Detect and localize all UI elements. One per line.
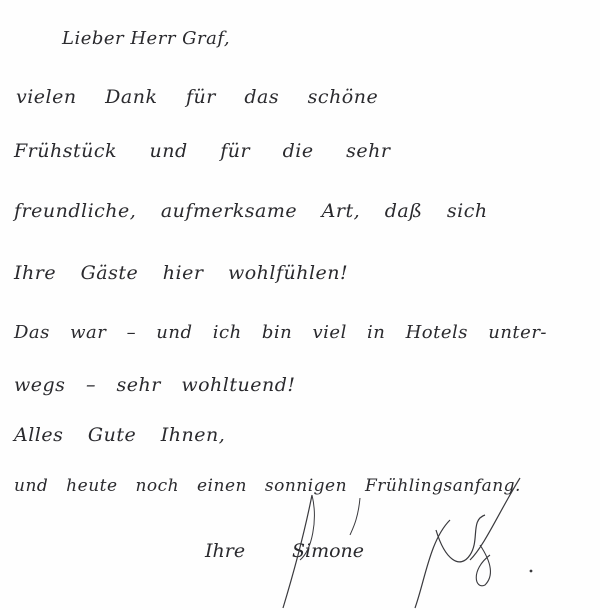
letter-line-6: wegs – sehr wohltuend! xyxy=(14,374,296,396)
letter-line-5: Das war – und ich bin viel in Hotels unt… xyxy=(14,322,547,343)
letter-line-1: vielen Dank für das schöne xyxy=(16,86,378,108)
letter-line-7: Alles Gute Ihnen, xyxy=(14,424,225,446)
salutation: Lieber Herr Graf, xyxy=(62,28,230,49)
closing-text: Ihre xyxy=(205,540,245,562)
letter-line-2: Frühstück und für die sehr xyxy=(14,140,390,162)
letter-page: Lieber Herr Graf, vielen Dank für das sc… xyxy=(0,0,600,610)
letter-line-3: freundliche, aufmerksame Art, daß sich xyxy=(14,200,488,222)
signature-name: Simone xyxy=(292,540,364,562)
letter-line-4: Ihre Gäste hier wohlfühlen! xyxy=(14,262,348,284)
letter-line-8: und heute noch einen sonnigen Frühlingsa… xyxy=(14,476,521,496)
